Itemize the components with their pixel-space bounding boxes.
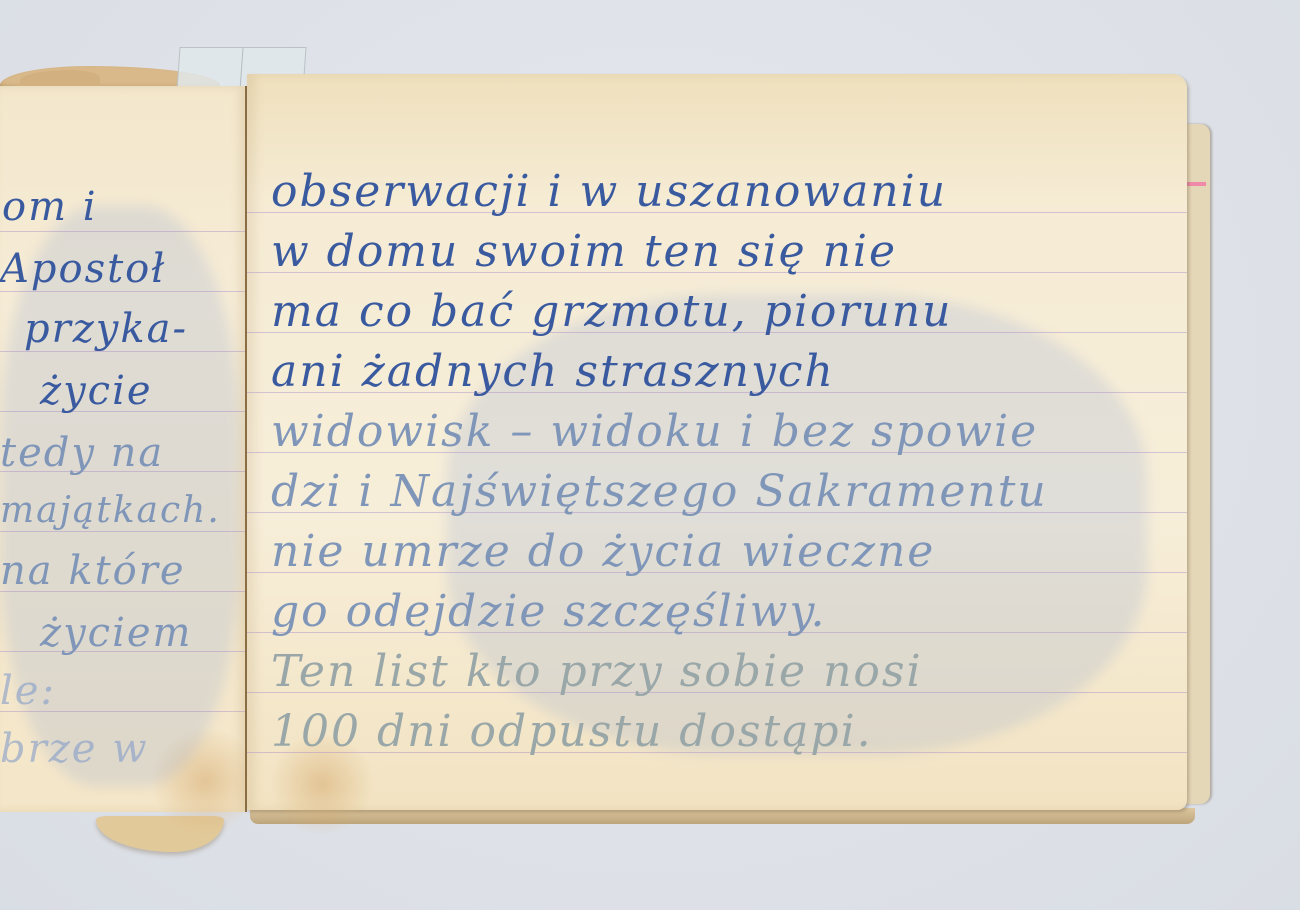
handwritten-line: tedy na — [0, 430, 164, 476]
handwritten-line: dzi i Najświętszego Sakramentu — [271, 466, 1048, 517]
handwritten-line: brze w — [0, 726, 148, 772]
handwritten-line: obserwacji i w uszanowaniu — [271, 166, 947, 217]
notebook-bottom-edge — [250, 808, 1195, 824]
handwritten-line: na które — [0, 548, 186, 594]
handwritten-line: widowisk – widoku i bez spowie — [271, 406, 1038, 457]
handwritten-line: życie — [40, 368, 153, 414]
handwritten-line: om i — [2, 184, 98, 230]
handwritten-line: ani żadnych strasznych — [271, 346, 835, 397]
handwritten-line: nie umrze do życia wieczne — [271, 526, 935, 577]
right-page: obserwacji i w uszanowaniu w domu swoim … — [247, 74, 1187, 810]
handwritten-line: ma co bać grzmotu, piorunu — [271, 286, 952, 337]
handwritten-line: przyka- — [24, 306, 188, 352]
handwritten-line: le: — [0, 668, 56, 714]
handwritten-line: majątkach. — [0, 490, 221, 531]
ruled-line — [0, 531, 246, 532]
left-page: om i Apostoł przyka- życie tedy na mająt… — [0, 86, 246, 812]
ruled-line — [0, 231, 246, 232]
handwritten-line: 100 dni odpustu dostąpi. — [271, 706, 873, 757]
handwritten-line: Apostoł — [0, 246, 166, 292]
handwritten-line: go odejdzie szczęśliwy. — [271, 586, 826, 637]
handwritten-line: życiem — [40, 610, 192, 656]
handwritten-line: w domu swoim ten się nie — [271, 226, 897, 277]
margin-mark — [1186, 182, 1206, 186]
handwritten-line: Ten list kto przy sobie nosi — [271, 646, 923, 697]
